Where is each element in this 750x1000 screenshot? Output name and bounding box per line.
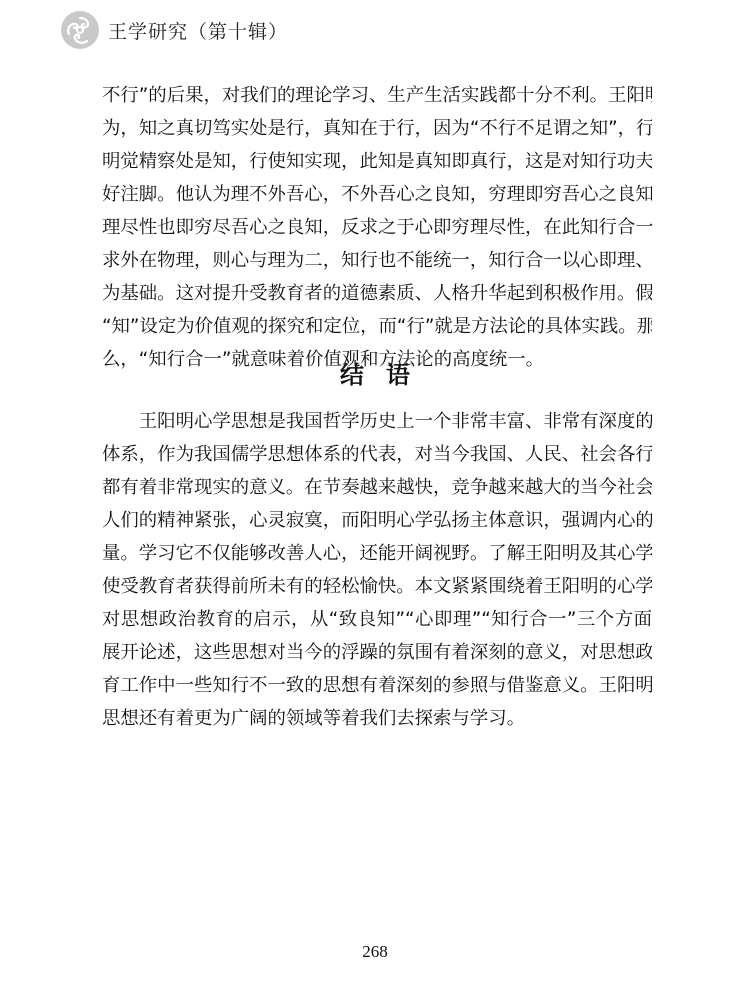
paragraph-knowledge-action: 不行”的后果，对我们的理论学习、生产生活实践都十分不利。王阳明认 为，知之真切笃… [102, 79, 652, 376]
text-line: 为，知之真切笃实处是行，真知在于行，因为“不行不足谓之知”，行之 [102, 112, 652, 145]
text-line: 都有着非常现实的意义。在节奏越来越快，竞争越来越大的当今社会中， [102, 471, 652, 504]
text-line: 王阳明心学思想是我国哲学历史上一个非常丰富、非常有深度的思想 [102, 405, 652, 438]
journal-title: 王学研究（第十辑） [108, 17, 288, 44]
text-line: 展开论述，这些思想对当今的浮躁的氛围有着深刻的意义，对思想政治教 [102, 636, 652, 669]
running-header: 王学研究（第十辑） [60, 10, 288, 50]
text-line: 量。学习它不仅能够改善人心，还能开阔视野。了解王阳明及其心学，能 [102, 537, 652, 570]
text-line: 思想还有着更为广阔的领域等着我们去探索与学习。 [102, 702, 652, 735]
text-line: 使受教育者获得前所未有的轻松愉快。本文紧紧围绕着王阳明的心学思想 [102, 570, 652, 603]
text-line: 明觉精察处是知，行使知实现，此知是真知即真行，这是对知行功夫的最 [102, 145, 652, 178]
paragraph-conclusion: 王阳明心学思想是我国哲学历史上一个非常丰富、非常有深度的思想 体系，作为我国儒学… [102, 405, 652, 735]
cloud-swirl-emblem-icon [60, 10, 100, 50]
text-line: 好注脚。他认为理不外吾心，不外吾心之良知，穷理即穷吾心之良知，穷 [102, 178, 652, 211]
text-line: 体系，作为我国儒学思想体系的代表，对当今我国、人民、社会各行各业 [102, 438, 652, 471]
text-line: 为基础。这对提升受教育者的道德素质、人格升华起到积极作用。假如把 [102, 277, 652, 310]
text-line: 对思想政治教育的启示，从“致良知”“心即理”“知行合一”三个方面 [102, 603, 652, 636]
text-line: 理尽性也即穷尽吾心之良知，反求之于心即穷理尽性，在此知行合一，而 [102, 211, 652, 244]
text-line: 育工作中一些知行不一致的思想有着深刻的参照与借鉴意义。王阳明心学 [102, 669, 652, 702]
text-line: 不行”的后果，对我们的理论学习、生产生活实践都十分不利。王阳明认 [102, 79, 652, 112]
section-heading-conclusion: 结语 [0, 355, 750, 390]
text-line: “知”设定为价值观的探究和定位，而“行”就是方法论的具体实践。那 [102, 310, 652, 343]
page-number: 268 [0, 942, 750, 962]
text-line: 人们的精神紧张，心灵寂寞，而阳明心学弘扬主体意识，强调内心的力 [102, 504, 652, 537]
text-line: 求外在物理，则心与理为二，知行也不能统一，知行合一以心即理、良知 [102, 244, 652, 277]
